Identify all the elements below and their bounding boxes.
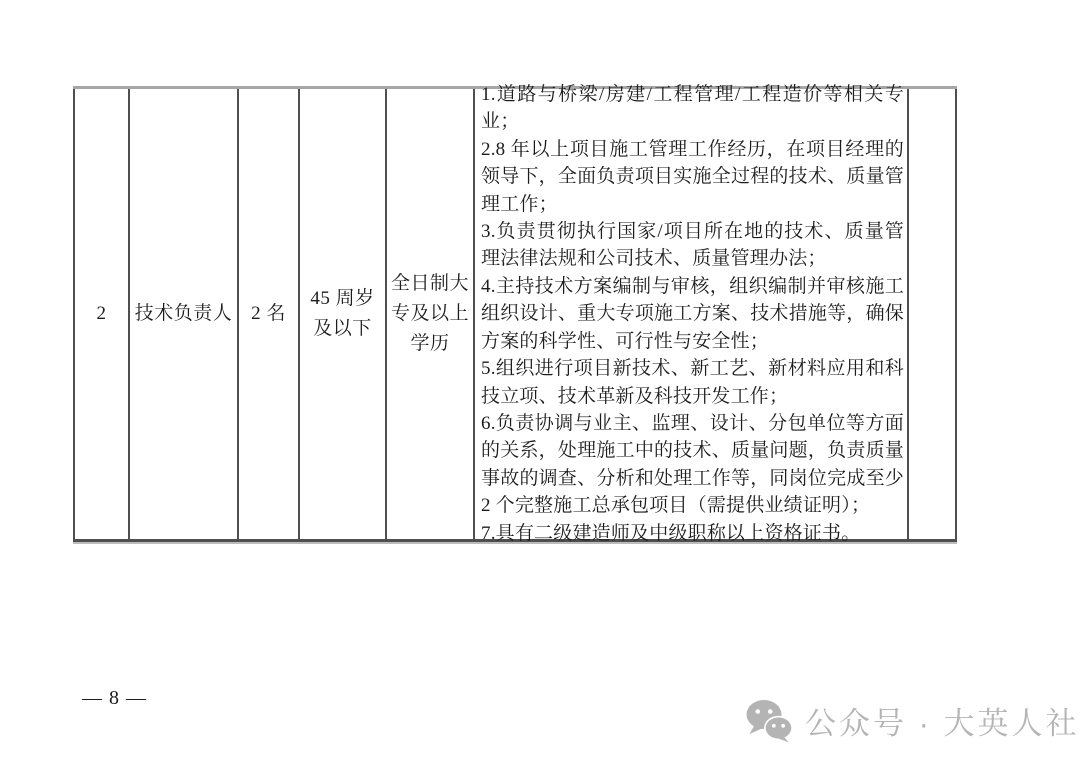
watermark-label: 公众号 · 大英人社 <box>805 698 1080 743</box>
cell-headcount: 2 名 <box>237 89 298 539</box>
cell-position-title: 技术负责人 <box>128 89 237 539</box>
wechat-icon <box>745 698 793 743</box>
requirement-item: 2.8 年以上项目施工管理工作经历，在项目经理的领导下，全面负责项目实施全过程的… <box>481 136 904 218</box>
requirement-item: 5.组织进行项目新技术、新工艺、新材料应用和科技立项、技术革新及科技开发工作； <box>481 355 904 410</box>
cell-education: 全日制大专及以上学历 <box>385 89 473 539</box>
watermark: 公众号 · 大英人社 <box>745 697 1080 744</box>
position-title: 技术负责人 <box>135 299 233 329</box>
headcount: 2 名 <box>251 299 286 329</box>
document-page: 2 技术负责人 2 名 45 周岁及以下 全日制大专及以上学历 1.道路与桥梁/… <box>0 0 1080 764</box>
cell-empty <box>907 89 957 539</box>
job-position-table: 2 技术负责人 2 名 45 周岁及以下 全日制大专及以上学历 1.道路与桥梁/… <box>73 86 957 542</box>
requirements-list: 1.道路与桥梁/房建/工程管理/工程造价等相关专业；2.8 年以上项目施工管理工… <box>475 81 907 547</box>
education-requirement: 全日制大专及以上学历 <box>390 269 470 359</box>
cell-serial-number: 2 <box>73 89 128 539</box>
age-limit: 45 周岁及以下 <box>303 284 383 344</box>
requirement-item: 7.具有二级建造师及中级职称以上资格证书。 <box>481 520 904 547</box>
requirement-item: 4.主持技术方案编制与审核，组织编制并审核施工组织设计、重大专项施工方案、技术措… <box>481 273 904 355</box>
requirement-item: 3.负责贯彻执行国家/项目所在地的技术、质量管理法律法规和公司技术、质量管理办法… <box>481 218 904 273</box>
cell-age-limit: 45 周岁及以下 <box>298 89 385 539</box>
requirement-item: 6.负责协调与业主、监理、设计、分包单位等方面的关系，处理施工中的技术、质量问题… <box>481 410 904 520</box>
page-number: — 8 — <box>82 684 147 712</box>
requirement-item: 1.道路与桥梁/房建/工程管理/工程造价等相关专业； <box>481 81 904 136</box>
serial-number: 2 <box>97 299 107 329</box>
cell-job-requirements: 1.道路与桥梁/房建/工程管理/工程造价等相关专业；2.8 年以上项目施工管理工… <box>473 89 907 539</box>
